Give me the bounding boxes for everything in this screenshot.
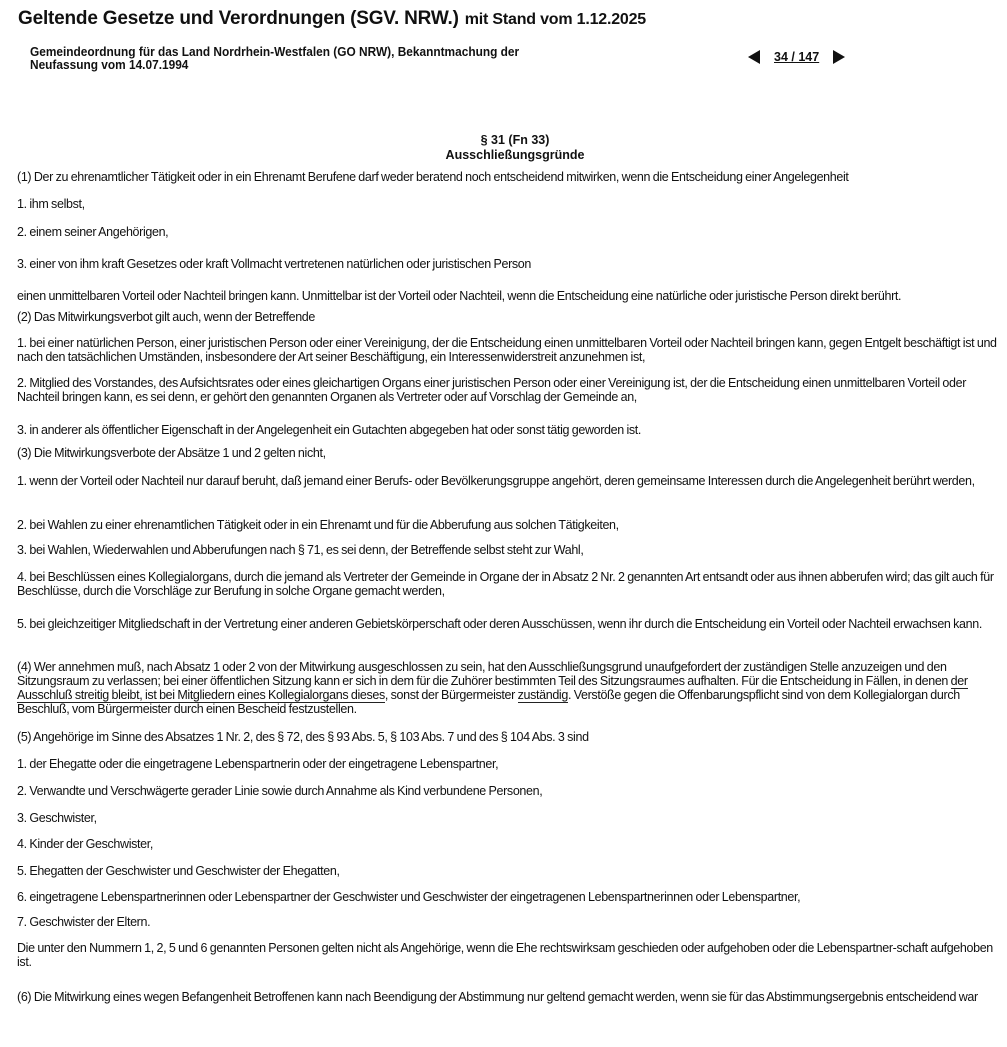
list-item: 1. wenn der Vorteil oder Nachteil nur da… <box>17 474 1007 488</box>
list-item: 5. bei gleichzeitiger Mitgliedschaft in … <box>17 617 1007 631</box>
underlined-word: zuständig <box>518 688 568 703</box>
list-item: 5. Ehegatten der Geschwister und Geschwi… <box>17 864 1007 878</box>
paragraph-4-text-a: (4) Wer annehmen muß, nach Absatz 1 oder… <box>17 660 951 688</box>
document-page: Geltende Gesetze und Verordnungen (SGV. … <box>0 0 1007 1047</box>
list-item: 2. einem seiner Angehörigen, <box>17 225 1007 239</box>
paragraph-6: (6) Die Mitwirkung eines wegen Befangenh… <box>17 990 1007 1004</box>
list-item: 2. Verwandte und Verschwägerte gerader L… <box>17 784 1007 798</box>
section-number: § 31 (Fn 33) <box>0 133 1007 148</box>
list-item: 2. bei Wahlen zu einer ehrenamtlichen Tä… <box>17 518 1007 532</box>
section-heading: § 31 (Fn 33) Ausschließungsgründe <box>0 133 1007 163</box>
triangle-left-icon[interactable] <box>748 50 760 64</box>
collection-title: Geltende Gesetze und Verordnungen (SGV. … <box>18 8 646 30</box>
page-counter-link[interactable]: 34 / 147 <box>774 50 819 64</box>
law-title: Gemeindeordnung für das Land Nordrhein-W… <box>30 46 562 72</box>
list-item: 1. bei einer natürlichen Person, einer j… <box>17 336 1007 364</box>
list-item: 1. ihm selbst, <box>17 197 1007 211</box>
list-item: 2. Mitglied des Vorstandes, des Aufsicht… <box>17 376 1007 404</box>
paragraph-2: (2) Das Mitwirkungsverbot gilt auch, wen… <box>17 310 1007 324</box>
law-title-line-2: Neufassung vom 14.07.1994 <box>30 59 562 72</box>
list-item: 3. bei Wahlen, Wiederwahlen und Abberufu… <box>17 543 1007 557</box>
list-item: 1. der Ehegatte oder die eingetragene Le… <box>17 757 1007 771</box>
list-item: 4. Kinder der Geschwister, <box>17 837 1007 851</box>
page-navigator: 34 / 147 <box>748 50 845 64</box>
list-item: 3. Geschwister, <box>17 811 1007 825</box>
triangle-right-icon[interactable] <box>833 50 845 64</box>
list-item: 4. bei Beschlüssen eines Kollegialorgans… <box>17 570 1007 598</box>
paragraph-4: (4) Wer annehmen muß, nach Absatz 1 oder… <box>17 660 1007 716</box>
status-date: mit Stand vom 1.12.2025 <box>465 11 646 28</box>
paragraph-1-continuation: einen unmittelbaren Vorteil oder Nachtei… <box>17 289 1007 303</box>
list-item: 6. eingetragene Lebenspartnerinnen oder … <box>17 890 1007 904</box>
paragraph-1: (1) Der zu ehrenamtlicher Tätigkeit oder… <box>17 170 1007 184</box>
list-item: 7. Geschwister der Eltern. <box>17 915 1007 929</box>
paragraph-5-note: Die unter den Nummern 1, 2, 5 und 6 gena… <box>17 941 1007 969</box>
paragraph-4-text-b: , sonst der Bürgermeister <box>385 688 518 702</box>
paragraph-3: (3) Die Mitwirkungsverbote der Absätze 1… <box>17 446 1007 460</box>
section-title: Ausschließungsgründe <box>0 148 1007 163</box>
paragraph-5: (5) Angehörige im Sinne des Absatzes 1 N… <box>17 730 1007 744</box>
list-item: 3. in anderer als öffentlicher Eigenscha… <box>17 423 1007 437</box>
collection-title-text: Geltende Gesetze und Verordnungen (SGV. … <box>18 8 459 29</box>
list-item: 3. einer von ihm kraft Gesetzes oder kra… <box>17 257 1007 271</box>
